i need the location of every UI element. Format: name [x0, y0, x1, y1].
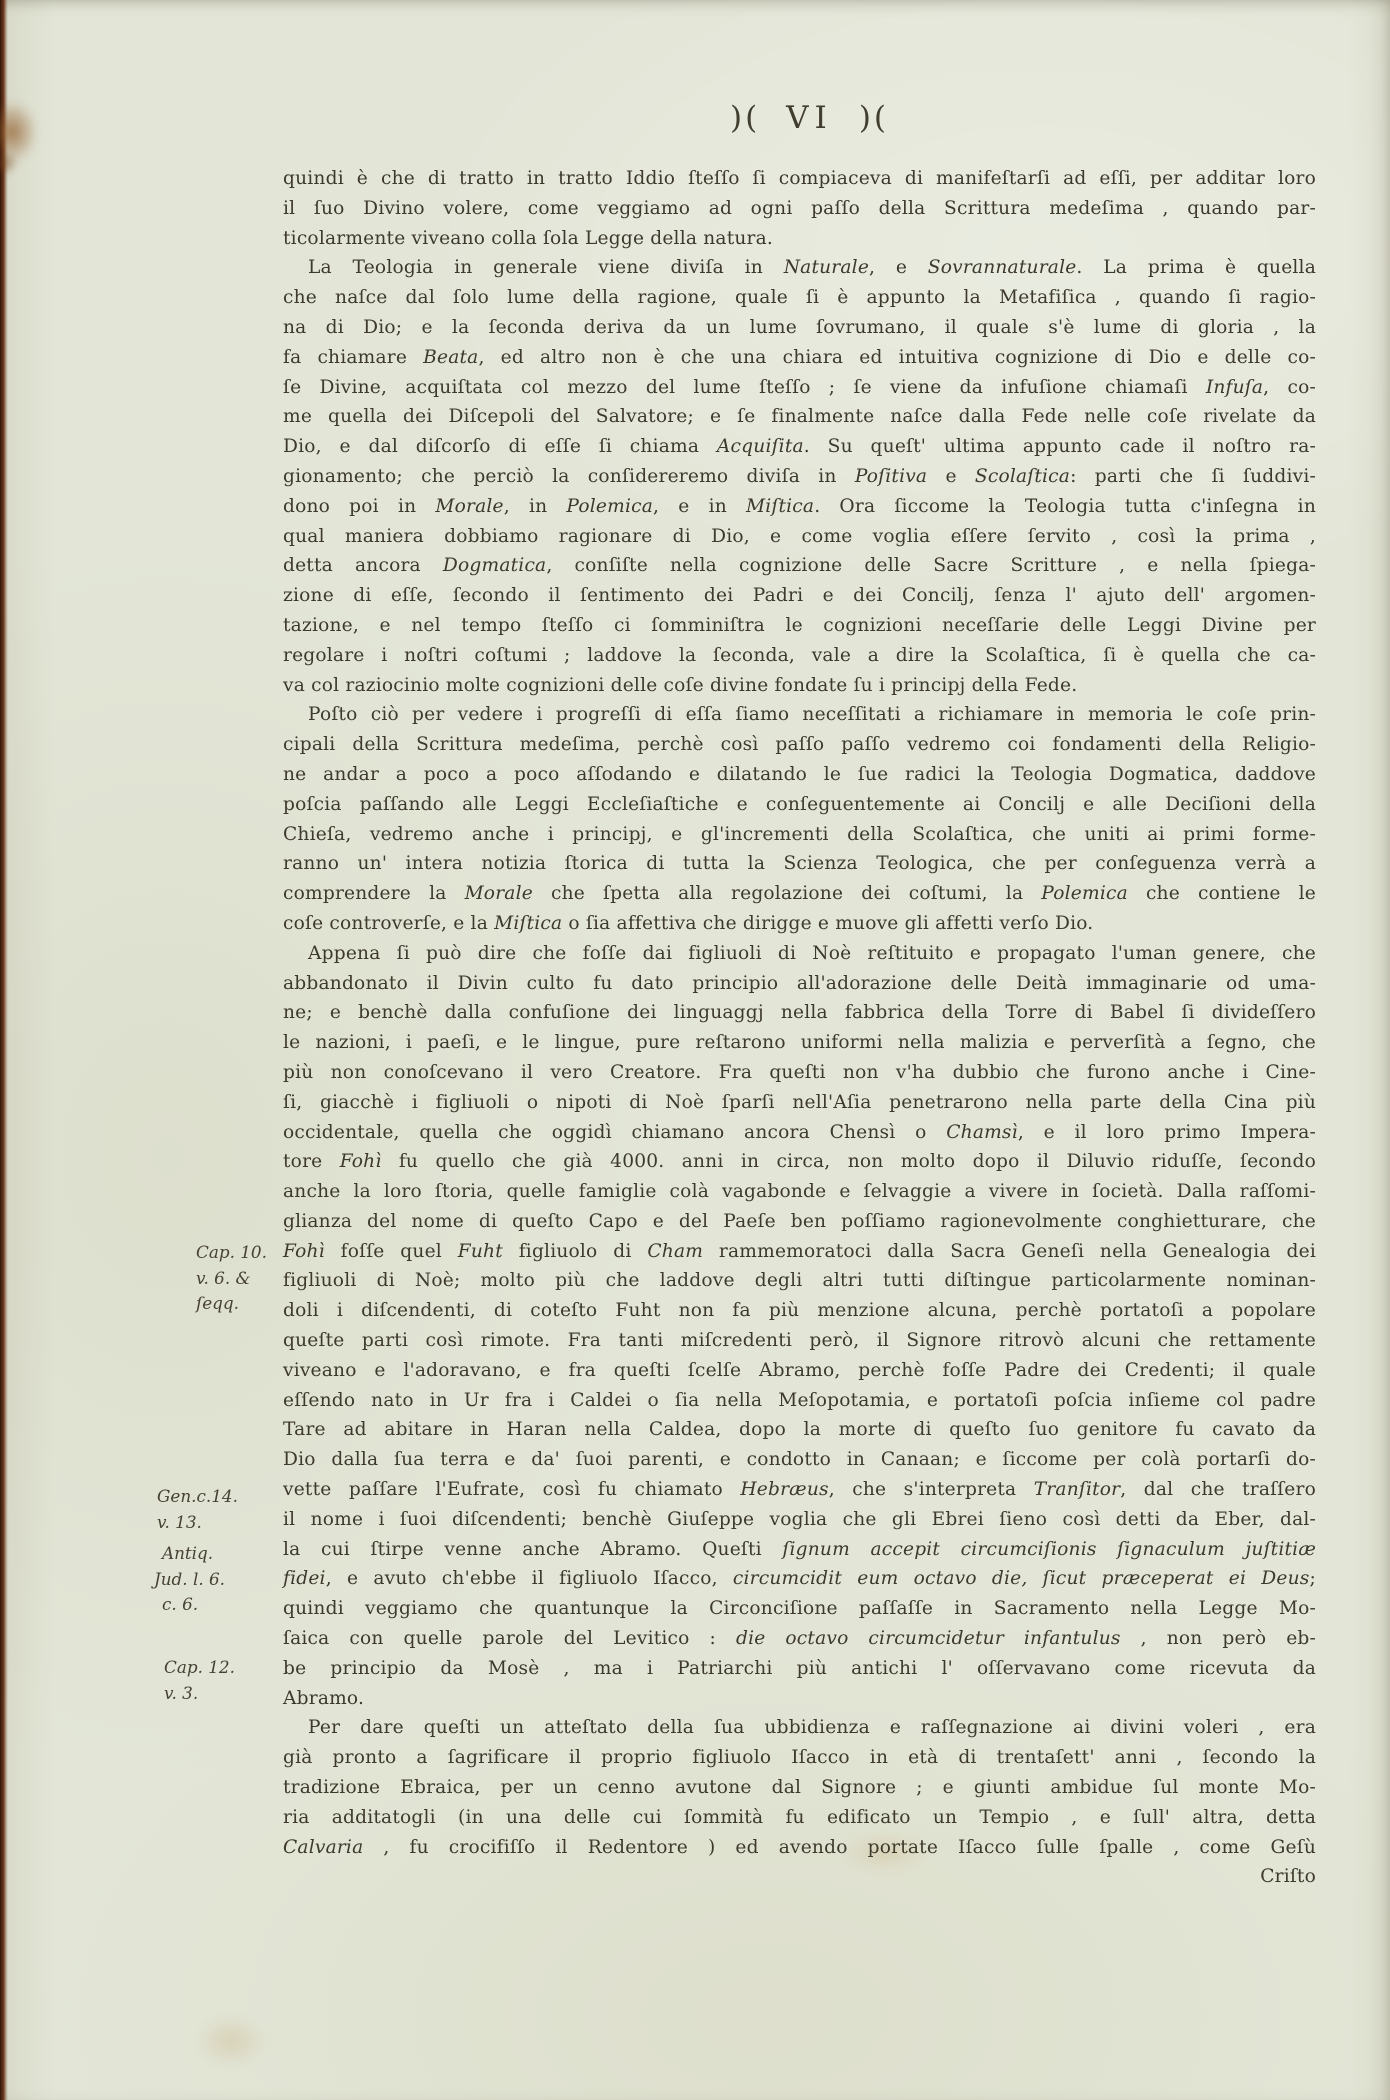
text-line: fa chiamare Beata, ed altro non è che un…: [283, 343, 1316, 373]
catchword: Criſto: [283, 1862, 1316, 1892]
text-line: Fohì foſſe quel Fuht figliuolo di Cham r…: [283, 1237, 1316, 1267]
text-line: figliuoli di Noè; molto più che laddove …: [283, 1266, 1316, 1296]
text-line: le nazioni, i paeſi, e le lingue, pure r…: [283, 1028, 1316, 1058]
text-line: cipali della Scrittura medeſima, perchè …: [283, 730, 1316, 760]
paragraph: Poſto ciò per vedere i progreſſi di eſſa…: [283, 700, 1316, 938]
text-line: ſe Divine, acquiſtata col mezzo del lume…: [283, 373, 1316, 403]
text-line: ne andar a poco a poco aſſodando e dilat…: [283, 760, 1316, 790]
margin-note: Cap. 12.v. 3.: [164, 1655, 235, 1706]
paragraph: quindi è che di tratto in tratto Iddio ſ…: [283, 164, 1316, 253]
text-line: gionamento; che perciò la conſidereremo …: [283, 462, 1316, 492]
page-header: )(VI)(: [283, 100, 1336, 136]
text-line: comprendere la Morale che ſpetta alla re…: [283, 879, 1316, 909]
text-line: il nome i ſuoi diſcendenti; benchè Giuſe…: [283, 1505, 1316, 1535]
text-line: Abramo.: [283, 1684, 1316, 1714]
text-line: Per dare queſti un atteſtato della ſua u…: [283, 1713, 1316, 1743]
text-line: abbandonato il Divin culto fu dato princ…: [283, 969, 1316, 999]
text-line: fidei, e avuto ch'ebbe il figliuolo Iſac…: [283, 1564, 1316, 1594]
text-line: tradizione Ebraica, per un cenno avutone…: [283, 1773, 1316, 1803]
paragraph: Per dare queſti un atteſtato della ſua u…: [283, 1713, 1316, 1862]
text-line: coſe controverſe, e la Miſtica o ſia aff…: [283, 909, 1316, 939]
text-line: Dio dalla ſua terra e da' ſuoi parenti, …: [283, 1445, 1316, 1475]
text-line: ria additatogli (in una delle cui ſommit…: [283, 1803, 1316, 1833]
text-line: Calvaria , fu crocifiſſo il Redentore ) …: [283, 1833, 1316, 1863]
text-line: regolare i noſtri coſtumi ; laddove la ſ…: [283, 641, 1316, 671]
margin-note-line: v. 6. &: [196, 1266, 267, 1292]
text-line: tazione, e nel tempo ſteſſo ci ſomminiſt…: [283, 611, 1316, 641]
margin-note-line: Antiq.: [162, 1541, 225, 1567]
margin-note: Antiq.Jud. l. 6.c. 6.: [162, 1541, 225, 1618]
margin-note: Cap. 10.v. 6. &ſeqq.: [196, 1240, 267, 1317]
text-line: che naſce dal ſolo lume della ragione, q…: [283, 283, 1316, 313]
margin-note-line: ſeqq.: [196, 1291, 267, 1317]
header-right-ornament: )(: [859, 100, 889, 136]
book-page-scan: )(VI)( Cap. 10.v. 6. &ſeqq. Gen.c.14.v. …: [0, 0, 1390, 2100]
text-line: me quella dei Diſcepoli del Salvatore; e…: [283, 402, 1316, 432]
margin-note-line: Jud. l. 6.: [154, 1567, 225, 1593]
page-number: VI: [786, 100, 833, 136]
margin-note-line: Cap. 12.: [164, 1655, 235, 1681]
binding-edge: [0, 0, 8, 2100]
text-line: zione di eſſe, ſecondo il ſentimento dei…: [283, 581, 1316, 611]
body-text: quindi è che di tratto in tratto Iddio ſ…: [283, 164, 1316, 1892]
text-line: ranno un' intera notizia ſtorica di tutt…: [283, 849, 1316, 879]
text-line: Appena ſi può dire che foſſe dai figliuo…: [283, 939, 1316, 969]
margin-note-line: Cap. 10.: [196, 1240, 267, 1266]
text-line: più non conoſcevano il vero Creatore. Fr…: [283, 1058, 1316, 1088]
margin-note-line: v. 3.: [164, 1681, 235, 1707]
text-line: Chieſa, vedremo anche i principj, e gl'i…: [283, 820, 1316, 850]
text-line: occidentale, quella che oggidì chiamano …: [283, 1118, 1316, 1148]
text-line: Dio, e dal diſcorſo di eſſe ſi chiama Ac…: [283, 432, 1316, 462]
text-line: dono poi in Morale, in Polemica, e in Mi…: [283, 492, 1316, 522]
header-left-ornament: )(: [730, 100, 760, 136]
text-line: il ſuo Divino volere, come veggiamo ad o…: [283, 194, 1316, 224]
text-line: ſaica con quelle parole del Levitico : d…: [283, 1624, 1316, 1654]
text-line: na di Dio; e la ſeconda deriva da un lum…: [283, 313, 1316, 343]
text-line: detta ancora Dogmatica, conſiſte nella c…: [283, 551, 1316, 581]
text-line: viveano e l'adoravano, e fra queſti ſcel…: [283, 1356, 1316, 1386]
text-line: Poſto ciò per vedere i progreſſi di eſſa…: [283, 700, 1316, 730]
text-line: va col raziocinio molte cognizioni delle…: [283, 671, 1316, 701]
text-line: qual maniera dobbiamo ragionare di Dio, …: [283, 522, 1316, 552]
text-line: poſcia paſſando alle Leggi Eccleſiaſtich…: [283, 790, 1316, 820]
text-line: Tare ad abitare in Haran nella Caldea, d…: [283, 1415, 1316, 1445]
text-line: anche la loro ſtoria, quelle famiglie co…: [283, 1177, 1316, 1207]
text-line: La Teologia in generale viene diviſa in …: [283, 253, 1316, 283]
text-line: glianza del nome di queſto Capo e del Pa…: [283, 1207, 1316, 1237]
text-line: vette paſſare l'Eufrate, così fu chiamat…: [283, 1475, 1316, 1505]
margin-note: Gen.c.14.v. 13.: [157, 1484, 238, 1535]
paper-stain: [196, 2016, 266, 2066]
paragraph: Appena ſi può dire che foſſe dai figliuo…: [283, 939, 1316, 1714]
text-line: ſi, giacchè i figliuoli o nipoti di Noè …: [283, 1088, 1316, 1118]
text-line: tore Fohì fu quello che già 4000. anni i…: [283, 1147, 1316, 1177]
text-line: la cui ſtirpe venne anche Abramo. Queſti…: [283, 1535, 1316, 1565]
text-line: be principio da Mosè , ma i Patriarchi p…: [283, 1654, 1316, 1684]
text-line: quindi è che di tratto in tratto Iddio ſ…: [283, 164, 1316, 194]
margin-note-line: Gen.c.14.: [157, 1484, 238, 1510]
text-line: già pronto a ſagrificare il proprio figl…: [283, 1743, 1316, 1773]
margin-note-line: v. 13.: [157, 1510, 238, 1536]
text-line: queſte parti così rimote. Fra tanti miſc…: [283, 1326, 1316, 1356]
text-line: ne; e benchè dalla confuſione dei lingua…: [283, 998, 1316, 1028]
text-line: quindi veggiamo che quantunque la Circon…: [283, 1594, 1316, 1624]
text-line: eſſendo nato in Ur fra i Caldei o ſia ne…: [283, 1386, 1316, 1416]
paragraph: La Teologia in generale viene diviſa in …: [283, 253, 1316, 700]
text-line: doli i diſcendenti, di coteſto Fuht non …: [283, 1296, 1316, 1326]
margin-note-line: c. 6.: [162, 1592, 225, 1618]
text-line: ticolarmente viveano colla ſola Legge de…: [283, 224, 1316, 254]
